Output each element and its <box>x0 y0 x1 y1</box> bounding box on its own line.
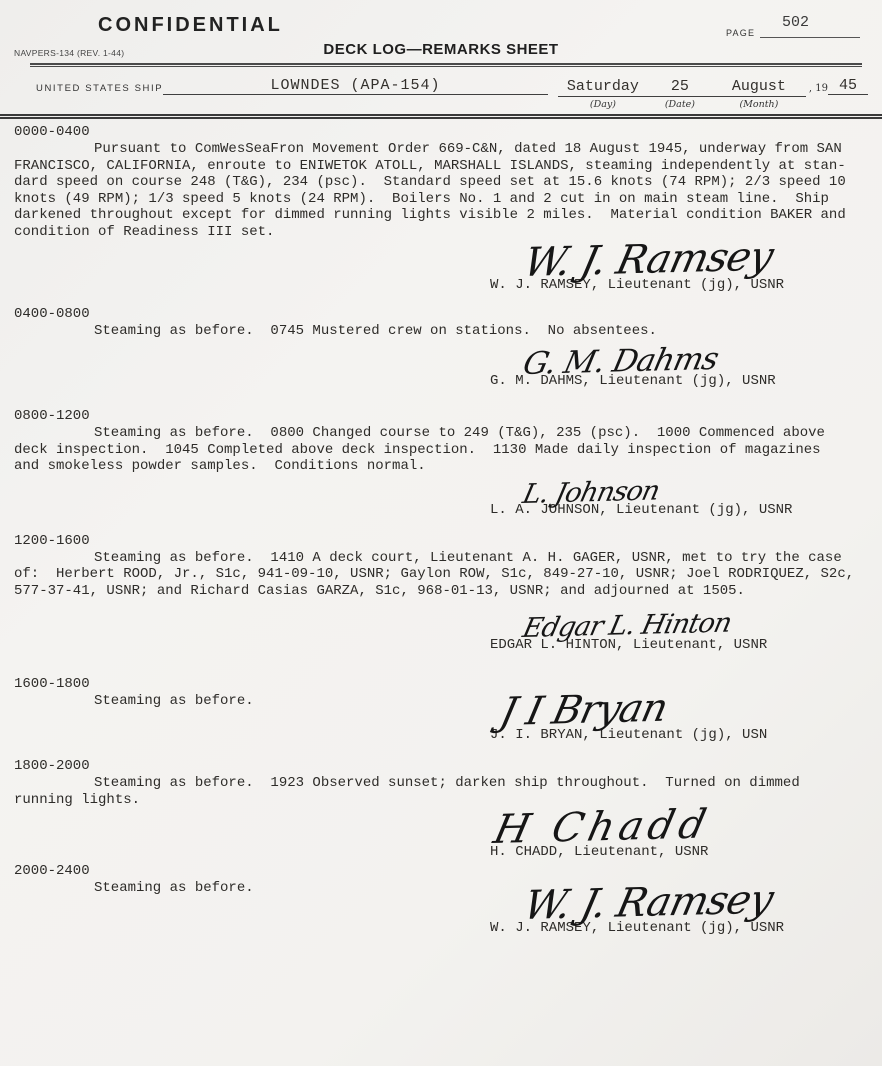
signature-block: L. Johnson L. A. JOHNSON, Lieutenant (jg… <box>490 481 868 519</box>
entry-text: Steaming as before. 0745 Mustered crew o… <box>14 323 868 340</box>
log-entry-0400-0800: 0400-0800 Steaming as before. 0745 Muste… <box>14 306 868 390</box>
form-title-row: NAVPERS-134 (REV. 1-44) DECK LOG—REMARKS… <box>0 41 882 60</box>
date-value: 25 <box>648 78 712 97</box>
header-top-row: CONFIDENTIAL 502 PAGE <box>0 10 882 38</box>
page-number-blank-line <box>760 33 860 38</box>
log-entry-1600-1800: 1600-1800 Steaming as before. J I Bryan … <box>14 676 868 744</box>
page-number-box: 502 PAGE <box>726 14 860 38</box>
form-number: NAVPERS-134 (REV. 1-44) <box>14 48 124 58</box>
log-entry-1200-1600: 1200-1600 Steaming as before. 1410 A dec… <box>14 533 868 654</box>
entry-time-range: 0800-1200 <box>14 408 868 425</box>
entry-text: Pursuant to ComWesSeaFron Movement Order… <box>14 141 868 240</box>
date-label: (Date) <box>648 97 712 110</box>
day-value: Saturday <box>558 78 648 97</box>
signature-block: H Chadd H. CHADD, Lieutenant, USNR <box>490 809 868 861</box>
ship-name: LOWNDES (APA-154) <box>271 77 441 94</box>
year-field: , 19 45 <box>809 77 868 95</box>
page-label: PAGE <box>726 28 755 38</box>
day-label: (Day) <box>558 97 648 110</box>
log-entry-2000-2400: 2000-2400 Steaming as before. W. J. Rams… <box>14 863 868 937</box>
log-entries: 0000-0400 Pursuant to ComWesSeaFron Move… <box>0 119 882 937</box>
year-prefix: , 19 <box>809 83 828 95</box>
signature-block: W. J. Ramsey W. J. RAMSEY, Lieutenant (j… <box>490 242 868 294</box>
deck-log-remarks-sheet: CONFIDENTIAL 502 PAGE NAVPERS-134 (REV. … <box>0 0 882 1066</box>
classification-stamp: CONFIDENTIAL <box>98 14 283 37</box>
entry-text: Steaming as before. 0800 Changed course … <box>14 425 868 475</box>
year-value: 45 <box>828 77 868 95</box>
signature-script: W. J. Ramsey <box>520 876 880 927</box>
ship-label: UNITED STATES SHIP <box>36 83 163 95</box>
entry-time-range: 1200-1600 <box>14 533 868 550</box>
month-label: (Month) <box>712 97 806 110</box>
ship-and-date-row: UNITED STATES SHIP LOWNDES (APA-154) Sat… <box>0 67 882 110</box>
ship-name-blank-line: LOWNDES (APA-154) <box>163 76 548 95</box>
form-title: DECK LOG—REMARKS SHEET <box>0 41 882 58</box>
signature-block: W. J. Ramsey W. J. RAMSEY, Lieutenant (j… <box>490 885 868 937</box>
signature-block: G. M. Dahms G. M. DAHMS, Lieutenant (jg)… <box>490 348 868 391</box>
date-fields: Saturday 25 August (Day) (Date) (Month) <box>558 78 806 110</box>
entry-text: Steaming as before. 1410 A deck court, L… <box>14 550 868 600</box>
entry-time-range: 0000-0400 <box>14 124 868 141</box>
signature-block: Edgar L. Hinton EDGAR L. HINTON, Lieuten… <box>490 615 868 653</box>
entry-time-range: 1800-2000 <box>14 758 868 775</box>
form-header: CONFIDENTIAL 502 PAGE NAVPERS-134 (REV. … <box>0 10 882 119</box>
log-entry-0800-1200: 0800-1200 Steaming as before. 0800 Chang… <box>14 408 868 519</box>
log-entry-1800-2000: 1800-2000 Steaming as before. 1923 Obser… <box>14 758 868 861</box>
month-value: August <box>712 78 806 97</box>
signature-block: J I Bryan J. I. BRYAN, Lieutenant (jg), … <box>490 693 868 744</box>
log-entry-0000-0400: 0000-0400 Pursuant to ComWesSeaFron Move… <box>14 124 868 294</box>
entry-time-range: 0400-0800 <box>14 306 868 323</box>
